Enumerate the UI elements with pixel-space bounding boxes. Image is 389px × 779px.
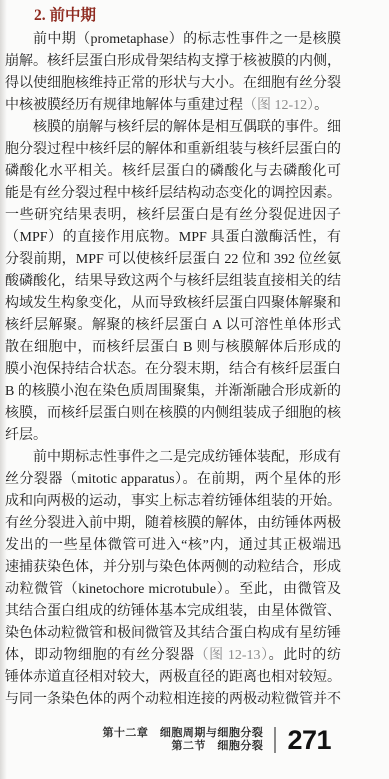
text-line: 崩解。核纤层蛋白形成骨架结构支撑于核被膜的内侧， (5, 51, 341, 73)
text-run: 与同一条染色体的两个动粒相连接的两极动粒微管并不 (5, 692, 341, 707)
text-line: 有丝分裂进入前中期，随着核膜的解体，由纺锤体两极 (5, 513, 341, 535)
text-line: 中核被膜经历有规律地解体与重建过程（图 12-12）。 (5, 95, 341, 117)
text-run: 得以使细胞核维持正常的形状与大小。在细胞有丝分裂 (5, 76, 341, 91)
book-page: 2. 前中期 前中期（prometaphase）的标志性事件之一是核膜崩解。核纤… (0, 0, 389, 779)
footer-chapter: 第十二章 细胞周期与细胞分裂 (102, 727, 263, 741)
text-line: 纤层。 (5, 425, 341, 447)
footer-divider (274, 727, 276, 753)
text-run: 前中期（prometaphase）的标志性事件之一是核膜 (33, 32, 341, 47)
text-line: 染色体动粒微管和极间微管及其结合蛋白构成有星纺锤 (5, 623, 341, 645)
figure-reference: （图 12-12） (243, 98, 314, 113)
text-line: 核膜，而核纤层蛋白则在核膜的内侧组装成子细胞的核 (5, 403, 341, 425)
text-line: 分裂前期，MPF 可以使核纤层蛋白 22 位和 392 位丝氨 (5, 249, 341, 271)
text-line: 发出的一些星体微管可进入“核”内，通过其正极端迅 (5, 535, 341, 557)
text-run: 发出的一些星体微管可进入“核”内，通过其正极端迅 (5, 538, 341, 553)
text-run: 酸磷酸化，结果导致这两个与核纤层组装直接相关的结 (5, 274, 341, 289)
text-run: 散在细胞中，而核纤层蛋白 B 则与核膜解体后形成的核 (5, 340, 341, 359)
text-run: 有丝分裂进入前中期，随着核膜的解体，由纺锤体两极 (5, 516, 341, 531)
text-run: 。此时的纺 (269, 648, 341, 663)
text-run: 胞分裂过程中核纤层的解体和重新组装与核纤层蛋白的 (5, 142, 341, 157)
text-run: B 的核膜小泡在染色质周围聚集，并渐渐融合形成新的 (5, 384, 341, 399)
text-line: 能是有丝分裂过程中核纤层结构动态变化的调控因素。 (5, 183, 341, 205)
text-line: 胞分裂过程中核纤层的解体和重新组装与核纤层蛋白的 (5, 139, 341, 161)
text-run: 膜小泡保持结合状态。在分裂末期，结合有核纤层蛋白 (5, 362, 341, 377)
text-run: 核膜的崩解与核纤层的解体是相互偶联的事件。细 (33, 120, 341, 135)
text-line: 前中期（prometaphase）的标志性事件之一是核膜 (5, 29, 341, 51)
page-footer: 第十二章 细胞周期与细胞分裂 第二节 细胞分裂 271 (0, 724, 331, 756)
page-number: 271 (287, 725, 331, 755)
text-run: 体，即动物细胞的有丝分裂器 (5, 648, 195, 663)
text-line: 锤体赤道直径相对较大，两极直径的距离也相对较短。 (5, 667, 341, 689)
text-line: 体，即动物细胞的有丝分裂器（图 12-13）。此时的纺 (5, 645, 341, 667)
text-line: 其结合蛋白组成的纺锤体基本完成组装，由星体微管、 (5, 601, 341, 623)
text-line: 核纤层解聚。解聚的核纤层蛋白 A 以可溶性单体形式弥 (5, 315, 341, 337)
text-line: B 的核膜小泡在染色质周围聚集，并渐渐融合形成新的 (5, 381, 341, 403)
text-line: 与同一条染色体的两个动粒相连接的两极动粒微管并不 (5, 689, 341, 711)
text-line: 膜小泡保持结合状态。在分裂末期，结合有核纤层蛋白 (5, 359, 341, 381)
text-run: 纤层。 (5, 428, 47, 443)
text-line: 成和向两极的运动，事实上标志着纺锤体组装的开始。 (5, 491, 341, 513)
text-line: 速捕获染色体，并分别与染色体两侧的动粒结合，形成 (5, 557, 341, 579)
text-run: 能是有丝分裂过程中核纤层结构动态变化的调控因素。 (5, 186, 341, 201)
text-line: 动粒微管（kinetochore microtubule）。至此，由微管及 (5, 579, 341, 601)
text-run: 构域发生构象变化，从而导致核纤层蛋白四聚体解聚和 (5, 296, 341, 311)
figure-reference: （图 12-13） (195, 648, 269, 663)
text-run: 崩解。核纤层蛋白形成骨架结构支撑于核被膜的内侧， (5, 54, 341, 69)
text-run: 染色体动粒微管和极间微管及其结合蛋白构成有星纺锤 (5, 626, 341, 641)
text-line: 丝分裂器（mitotic apparatus）。在前期，两个星体的形 (5, 469, 341, 491)
footer-section: 第二节 细胞分裂 (102, 740, 263, 754)
section-heading: 2. 前中期 (5, 5, 341, 27)
body-text: 前中期（prometaphase）的标志性事件之一是核膜崩解。核纤层蛋白形成骨架… (5, 29, 341, 711)
text-run: 其结合蛋白组成的纺锤体基本完成组装，由星体微管、 (5, 604, 341, 619)
text-line: 散在细胞中，而核纤层蛋白 B 则与核膜解体后形成的核 (5, 337, 341, 359)
text-run: 。 (314, 98, 328, 113)
text-run: 分裂前期，MPF 可以使核纤层蛋白 22 位和 392 位丝氨 (5, 252, 341, 267)
text-line: 一些研究结果表明，核纤层蛋白是有丝分裂促进因子 (5, 205, 341, 227)
text-run: 核纤层解聚。解聚的核纤层蛋白 A 以可溶性单体形式弥 (5, 318, 341, 337)
text-line: 酸磷酸化，结果导致这两个与核纤层组装直接相关的结 (5, 271, 341, 293)
text-run: 磷酸化水平相关。核纤层蛋白的磷酸化与去磷酸化可 (5, 164, 341, 179)
text-run: （MPF）的直接作用底物。MPF 具蛋白激酶活性，有丝 (5, 230, 341, 249)
footer-meta: 第十二章 细胞周期与细胞分裂 第二节 细胞分裂 (102, 727, 263, 754)
text-run: 动粒微管（kinetochore microtubule）。至此，由微管及 (5, 582, 341, 597)
text-run: 锤体赤道直径相对较大，两极直径的距离也相对较短。 (5, 670, 341, 685)
text-line: （MPF）的直接作用底物。MPF 具蛋白激酶活性，有丝 (5, 227, 341, 249)
text-line: 核膜的崩解与核纤层的解体是相互偶联的事件。细 (5, 117, 341, 139)
text-run: 前中期标志性事件之二是完成纺锤体装配，形成有 (33, 450, 341, 465)
text-line: 构域发生构象变化，从而导致核纤层蛋白四聚体解聚和 (5, 293, 341, 315)
text-run: 一些研究结果表明，核纤层蛋白是有丝分裂促进因子 (5, 208, 341, 223)
text-run: 速捕获染色体，并分别与染色体两侧的动粒结合，形成 (5, 560, 341, 575)
text-line: 前中期标志性事件之二是完成纺锤体装配，形成有 (5, 447, 341, 469)
text-run: 核膜，而核纤层蛋白则在核膜的内侧组装成子细胞的核 (5, 406, 341, 421)
text-run: 丝分裂器（mitotic apparatus）。在前期，两个星体的形 (5, 472, 341, 487)
text-line: 得以使细胞核维持正常的形状与大小。在细胞有丝分裂 (5, 73, 341, 95)
text-run: 成和向两极的运动，事实上标志着纺锤体组装的开始。 (5, 494, 341, 509)
text-line: 磷酸化水平相关。核纤层蛋白的磷酸化与去磷酸化可 (5, 161, 341, 183)
text-run: 中核被膜经历有规律地解体与重建过程 (5, 98, 243, 113)
